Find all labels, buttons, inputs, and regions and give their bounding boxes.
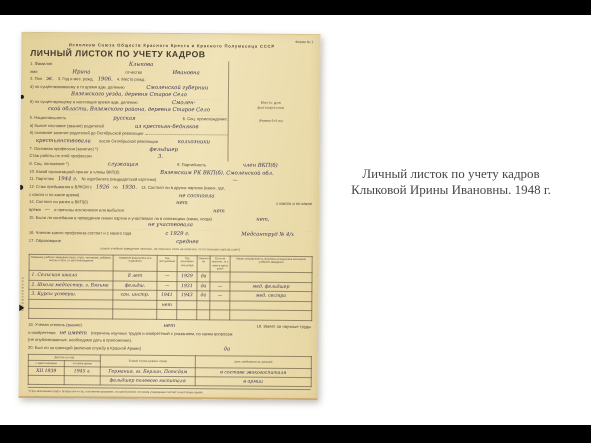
field-value: член ВКП(б) [208, 162, 312, 170]
education-cell: 1941 [157, 291, 177, 301]
letterbox-top-bar [0, 0, 591, 15]
education-header: Название факультета или отделения [113, 255, 157, 272]
field-label: 9. Партийность [177, 161, 206, 169]
field-value: Медсантруд № 4/х [224, 232, 312, 239]
education-cell [210, 301, 230, 311]
education-header: Если не окончил, то с какого курса ушел [210, 256, 230, 272]
field-label: после Октябрьской революции [99, 137, 158, 145]
abroad-table: Дата (м-ц и год) В какой стране (указать… [28, 354, 312, 388]
education-header: Год окончания или ухода [177, 256, 197, 272]
education-cell [157, 310, 177, 320]
field-value: Ивановна [144, 69, 228, 76]
field-label: 11. Партстаж [29, 175, 54, 183]
education-cell [210, 272, 230, 282]
education-cell [113, 300, 157, 310]
field-label: отчество [125, 68, 142, 76]
education-cell [113, 309, 157, 319]
education-cell [210, 310, 230, 320]
form-line: 20. Был ли за границей (включая службу в… [28, 344, 311, 354]
top-section: 1. ФамилияКлыкова имяИринаотчествоИванов… [29, 60, 313, 162]
field-label: с какого и по какое [276, 200, 312, 208]
abroad-header: В какой стране (указать город) [100, 355, 195, 368]
abroad-cell: в армии [195, 377, 311, 387]
education-header: Окончил ли [197, 256, 210, 272]
letterbox-bottom-bar [0, 425, 591, 443]
abroad-cell [28, 376, 64, 385]
footnote: *) При заполнении граф о профессии и соц… [28, 387, 311, 395]
form-line: (какое учебное заведение окончил, не око… [29, 244, 312, 254]
abroad-cell: фельдшер полевого госпиталя [100, 376, 195, 386]
education-cell: — [210, 282, 230, 292]
education-cell: да [197, 291, 210, 301]
education-cell: да [197, 272, 210, 282]
photo-placeholder: Место для фотокарточки (Размер 6×9 см) [227, 61, 313, 162]
paper-tear-mark [19, 304, 25, 312]
abroad-header: Цель пребывания за границей [195, 355, 311, 369]
caption: Личный листок по учету кадров Клыковой И… [327, 166, 575, 198]
caption-line2: Клыковой Ирины Ивановны. 1948 г. [327, 182, 575, 198]
field-label: 19. Имеет ли научные труды [257, 323, 312, 331]
field-label: время [29, 206, 41, 214]
abroad-row: фельдшер полевого госпиталяв армии [28, 376, 311, 387]
field-label: 1. Фамилия [30, 60, 52, 68]
scanned-document: Форма № 1 Исполком Союза Обществ Красног… [19, 32, 321, 400]
education-cell: 1943 [177, 291, 197, 301]
photo-label: фотокарточки [257, 106, 284, 112]
science-fields: 18. Ученая степень (звание)нет19. Имеет … [28, 321, 311, 354]
education-cell: сан. инстр. [113, 290, 157, 300]
document-title: ЛИЧНЫЙ ЛИСТОК ПО УЧЕТУ КАДРОВ [30, 48, 313, 61]
field-value: колхозники [160, 139, 228, 146]
abroad-cell: XII 1939 [28, 367, 64, 376]
field-value: 3. [94, 154, 228, 162]
field-value [145, 134, 227, 136]
education-header: Год поступления [157, 256, 177, 272]
field-label: 6. Соц. происхождение: [183, 115, 228, 123]
education-cell [197, 310, 210, 320]
field-label: № партбилета (кандидатской карточки) [81, 176, 156, 184]
education-cell [230, 310, 312, 320]
field-value: фельдшер [100, 146, 228, 154]
education-cell: 1931 [177, 281, 197, 291]
abroad-cell: 1945 г. [64, 367, 100, 376]
field-label: б) основное занятие родителей до Октябрь… [30, 129, 144, 138]
education-cell: — [210, 291, 230, 301]
education-table-wrap: Образование Название учебного заведения … [28, 254, 311, 321]
education-cell [29, 309, 113, 319]
education-cell: 8 лет [113, 271, 157, 281]
education-cell: фельдш. [113, 281, 157, 291]
education-table: Название учебного заведения (вуза, втуза… [28, 254, 312, 321]
field-label: 2. Пол [30, 75, 42, 83]
ink-blot [20, 95, 24, 99]
field-label: 13. Состоял ли в других партиях (каких, … [141, 184, 225, 192]
field-value: да [143, 346, 311, 354]
education-cell: — [157, 272, 177, 282]
education-header: Название учебного заведения (вуза, втуза… [29, 255, 113, 272]
education-cell [197, 301, 210, 311]
education-header: Какая специальность получена в результат… [230, 256, 312, 273]
field-label: имя [30, 68, 37, 76]
education-cell [177, 300, 197, 310]
education-cell: 1929 [177, 272, 197, 282]
field-label: 20. Был ли за границей (включая службу в… [28, 344, 141, 353]
education-cell: да [197, 282, 210, 292]
abroad-cell [64, 376, 100, 385]
field-label: и изобретения [28, 328, 56, 336]
ink-blot [19, 185, 24, 190]
mid-fields: 8. Соц. положение *)служащая9. Партийнос… [29, 160, 313, 254]
abroad-table-wrap: Дата (м-ц и год) В какой стране (указать… [28, 354, 311, 388]
caption-line1: Личный листок по учету кадров [327, 166, 575, 182]
photo-size-note: (Размер 6×9 см) [259, 119, 283, 123]
education-cell: — [157, 281, 177, 291]
education-row [29, 309, 312, 321]
slide: Форма № 1 Исполком Союза Обществ Красног… [0, 0, 591, 443]
field-sublabel: (какое учебное заведение окончил, не око… [29, 244, 312, 254]
field-label: по [113, 184, 118, 192]
top-fields: 1. ФамилияКлыкова имяИринаотчествоИванов… [29, 60, 228, 161]
education-cell [177, 310, 197, 320]
education-cell: нет [157, 300, 177, 310]
